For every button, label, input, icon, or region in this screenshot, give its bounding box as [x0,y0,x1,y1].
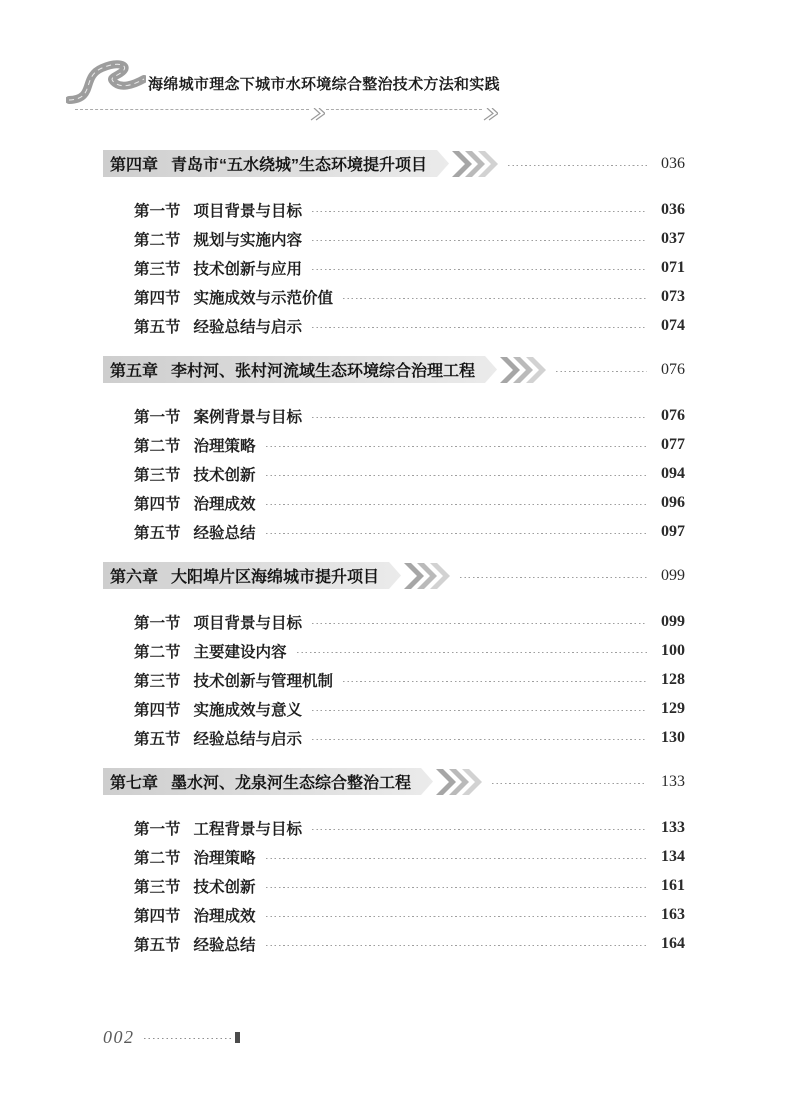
section-page-number: 164 [655,935,685,953]
section-title: 实施成效与意义 [194,698,303,720]
triple-chevron-icon [404,563,450,589]
section-page-number: 100 [655,642,685,660]
dashed-rule-segment [75,109,309,110]
dot-leader [266,475,647,477]
toc-section-row: 第四节 实施成效与示范价值 073 [103,282,685,311]
section-title: 经验总结 [194,521,256,543]
chapter-title: 青岛市“五水绕城”生态环境提升项目 [171,152,427,175]
chapter-block: 第五章 李村河、张村河流域生态环境综合治理工程 076 第一节 案例背景与目标 … [103,356,685,546]
section-page-number: 094 [655,465,685,483]
page-footer: 002 [103,1027,240,1048]
section-title: 治理策略 [194,434,256,456]
toc-section-row: 第四节 治理成效 163 [103,900,685,929]
section-label: 第三节 [134,669,181,691]
dot-leader [312,417,647,419]
section-label: 第三节 [134,463,181,485]
chapter-page-number: 036 [655,155,685,173]
chevron-right-icon [310,108,325,121]
toc-section-row: 第一节 工程背景与目标 133 [103,813,685,842]
dot-leader [460,577,647,579]
dot-leader [492,783,647,785]
section-title: 实施成效与示范价值 [194,286,334,308]
footer-end-cap [235,1032,240,1043]
section-label: 第四节 [134,286,181,308]
chapter-label: 第七章 [110,770,158,793]
section-title: 技术创新 [194,875,256,897]
toc-section-row: 第四节 实施成效与意义 129 [103,694,685,723]
section-title: 经验总结与启示 [194,727,303,749]
section-label: 第二节 [134,434,181,456]
chapter-block: 第七章 墨水河、龙泉河生态综合整治工程 133 第一节 工程背景与目标 133 … [103,768,685,958]
toc-section-row: 第二节 治理策略 134 [103,842,685,871]
section-page-number: 077 [655,436,685,454]
section-label: 第一节 [134,611,181,633]
section-page-number: 129 [655,700,685,718]
section-label: 第一节 [134,199,181,221]
chapter-label: 第六章 [110,564,158,587]
triple-chevron-icon [500,357,546,383]
dot-leader [312,710,647,712]
toc-section-row: 第三节 技术创新与管理机制 128 [103,665,685,694]
chapter-row: 第六章 大阳埠片区海绵城市提升项目 099 [103,562,685,589]
section-page-number: 133 [655,819,685,837]
section-title: 规划与实施内容 [194,228,303,250]
dot-leader [312,327,647,329]
section-page-number: 134 [655,848,685,866]
toc-section-row: 第五节 经验总结 097 [103,517,685,546]
dot-leader [312,829,647,831]
section-label: 第五节 [134,727,181,749]
winding-road-logo-icon [66,56,146,104]
section-label: 第五节 [134,315,181,337]
dot-leader [508,165,647,167]
section-page-number: 073 [655,288,685,306]
dot-leader [312,269,647,271]
dot-leader [312,240,647,242]
triple-chevron-icon [436,769,482,795]
section-page-number: 071 [655,259,685,277]
header-rule [75,102,499,121]
toc-section-row: 第五节 经验总结与启示 130 [103,723,685,752]
toc-section-row: 第三节 技术创新 094 [103,459,685,488]
dot-leader [266,887,647,889]
section-title: 项目背景与目标 [194,611,303,633]
dot-leader [266,858,647,860]
chapter-label: 第四章 [110,152,158,175]
section-label: 第五节 [134,933,181,955]
section-label: 第一节 [134,405,181,427]
section-label: 第四节 [134,698,181,720]
section-title: 技术创新与应用 [194,257,303,279]
section-page-number: 074 [655,317,685,335]
dot-leader [556,371,647,373]
chapter-band: 第五章 李村河、张村河流域生态环境综合治理工程 [103,356,497,383]
dot-leader [266,916,647,918]
dot-leader [266,446,647,448]
toc-section-row: 第二节 治理策略 077 [103,430,685,459]
chapter-title: 李村河、张村河流域生态环境综合治理工程 [171,358,475,381]
chapter-label: 第五章 [110,358,158,381]
section-title: 工程背景与目标 [194,817,303,839]
chapter-block: 第四章 青岛市“五水绕城”生态环境提升项目 036 第一节 项目背景与目标 03… [103,150,685,340]
book-toc-page: 海绵城市理念下城市水环境综合整治技术方法和实践 第四章 青岛市“五水绕城”生态环… [0,0,799,1114]
table-of-contents: 第四章 青岛市“五水绕城”生态环境提升项目 036 第一节 项目背景与目标 03… [103,150,685,974]
section-title: 经验总结与启示 [194,315,303,337]
toc-section-row: 第五节 经验总结与启示 074 [103,311,685,340]
section-label: 第三节 [134,257,181,279]
section-page-number: 036 [655,201,685,219]
dot-leader [343,298,647,300]
section-title: 治理成效 [194,492,256,514]
section-page-number: 099 [655,613,685,631]
section-title: 治理成效 [194,904,256,926]
section-title: 案例背景与目标 [194,405,303,427]
dot-leader [266,945,647,947]
folio-page-number: 002 [103,1027,135,1048]
section-page-number: 096 [655,494,685,512]
dashed-rule-segment [326,109,482,110]
toc-section-row: 第五节 经验总结 164 [103,929,685,958]
section-label: 第四节 [134,492,181,514]
page-header: 海绵城市理念下城市水环境综合整治技术方法和实践 [66,56,736,104]
section-title: 经验总结 [194,933,256,955]
section-title: 治理策略 [194,846,256,868]
toc-section-row: 第四节 治理成效 096 [103,488,685,517]
section-label: 第二节 [134,228,181,250]
section-label: 第四节 [134,904,181,926]
header-row: 海绵城市理念下城市水环境综合整治技术方法和实践 [66,56,736,104]
chapter-row: 第七章 墨水河、龙泉河生态综合整治工程 133 [103,768,685,795]
chapter-title: 大阳埠片区海绵城市提升项目 [171,564,379,587]
section-page-number: 037 [655,230,685,248]
chapter-block: 第六章 大阳埠片区海绵城市提升项目 099 第一节 项目背景与目标 099 第二… [103,562,685,752]
toc-section-row: 第一节 项目背景与目标 036 [103,195,685,224]
chapter-page-number: 133 [655,773,685,791]
dot-leader [312,739,647,741]
section-title: 技术创新 [194,463,256,485]
chapter-band: 第四章 青岛市“五水绕城”生态环境提升项目 [103,150,449,177]
toc-section-row: 第一节 项目背景与目标 099 [103,607,685,636]
dot-leader [266,504,647,506]
section-title: 技术创新与管理机制 [194,669,334,691]
section-page-number: 163 [655,906,685,924]
dot-leader [343,681,647,683]
section-page-number: 128 [655,671,685,689]
chapter-band: 第七章 墨水河、龙泉河生态综合整治工程 [103,768,433,795]
section-title: 项目背景与目标 [194,199,303,221]
section-label: 第五节 [134,521,181,543]
section-page-number: 076 [655,407,685,425]
dot-leader [312,623,647,625]
chapter-row: 第五章 李村河、张村河流域生态环境综合治理工程 076 [103,356,685,383]
toc-section-row: 第三节 技术创新与应用 071 [103,253,685,282]
chapter-band: 第六章 大阳埠片区海绵城市提升项目 [103,562,401,589]
section-page-number: 130 [655,729,685,747]
dot-leader [312,211,647,213]
dot-leader [297,652,647,654]
toc-section-row: 第一节 案例背景与目标 076 [103,401,685,430]
toc-section-row: 第二节 主要建设内容 100 [103,636,685,665]
toc-section-row: 第二节 规划与实施内容 037 [103,224,685,253]
toc-section-row: 第三节 技术创新 161 [103,871,685,900]
section-label: 第三节 [134,875,181,897]
dot-leader [266,533,647,535]
chapter-page-number: 076 [655,361,685,379]
section-label: 第二节 [134,640,181,662]
section-page-number: 097 [655,523,685,541]
chapter-title: 墨水河、龙泉河生态综合整治工程 [171,770,411,793]
section-label: 第二节 [134,846,181,868]
dot-leader [144,1038,234,1039]
section-label: 第一节 [134,817,181,839]
triple-chevron-icon [452,151,498,177]
chapter-row: 第四章 青岛市“五水绕城”生态环境提升项目 036 [103,150,685,177]
chapter-page-number: 099 [655,567,685,585]
section-page-number: 161 [655,877,685,895]
section-title: 主要建设内容 [194,640,287,662]
chevron-right-icon [483,108,498,121]
book-title: 海绵城市理念下城市水环境综合整治技术方法和实践 [148,73,500,94]
